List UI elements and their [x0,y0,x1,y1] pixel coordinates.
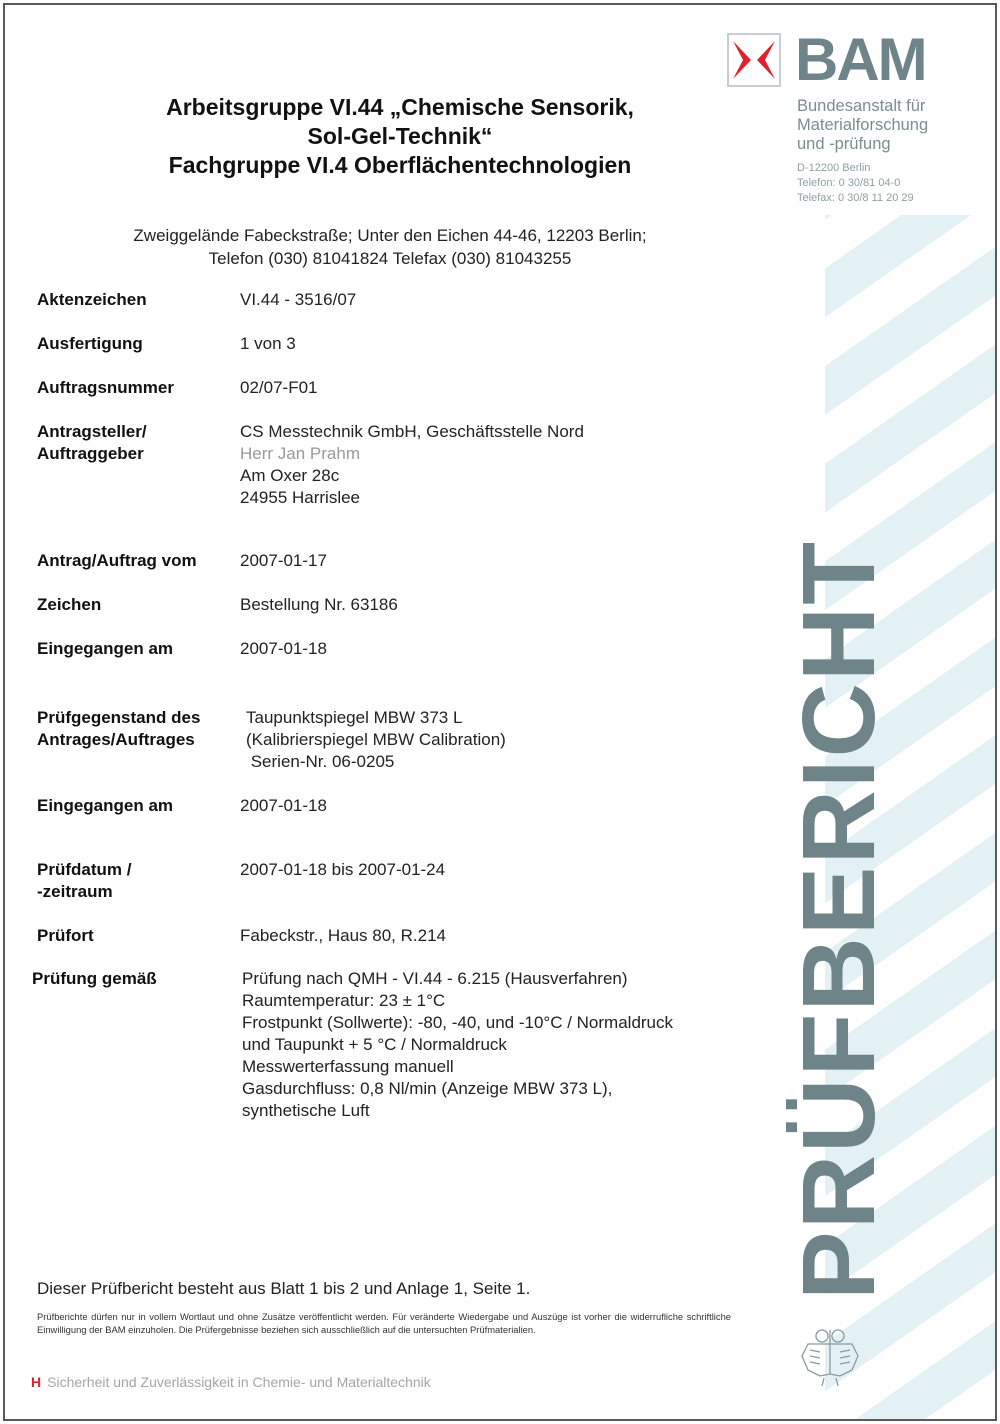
field-value-line: 2007-01-18 bis 2007-01-24 [240,859,445,881]
heading-line: Sol-Gel-Technik“ [80,122,720,151]
field-value-line: 1 von 3 [240,333,296,355]
field-label-line: -zeitraum [37,881,237,903]
field-label: Prüfdatum /-zeitraum [37,859,237,903]
field-value-line: Prüfung nach QMH - VI.44 - 6.215 (Hausve… [242,968,673,990]
field-value: 2007-01-18 [240,795,327,817]
field-value-line: CS Messtechnik GmbH, Geschäftsstelle Nor… [240,421,584,443]
field-label-line: Aktenzeichen [37,289,237,311]
field-value-line: Raumtemperatur: 23 ± 1°C [242,990,673,1012]
field-value-line: Messwerterfassung manuell [242,1056,673,1078]
document-heading: Arbeitsgruppe VI.44 „Chemische Sensorik,… [80,93,720,180]
field-value-line: 2007-01-18 [240,795,327,817]
footer-tagline: HSicherheit und Zuverlässigkeit in Chemi… [31,1374,431,1390]
field-value: 2007-01-18 [240,638,327,660]
bam-mark-icon: H [31,1374,41,1390]
field-label-line: Prüfdatum / [37,859,237,881]
field-value-line: 02/07-F01 [240,377,318,399]
field-label-line: Auftraggeber [37,443,237,465]
field-value-line: Taupunktspiegel MBW 373 L [246,707,506,729]
heading-line: Arbeitsgruppe VI.44 „Chemische Sensorik, [80,93,720,122]
field-value: Bestellung Nr. 63186 [240,594,398,616]
field-value-line: und Taupunkt + 5 °C / Normaldruck [242,1034,673,1056]
field-label-line: Antrag/Auftrag vom [37,550,237,572]
footer-text: Sicherheit und Zuverlässigkeit in Chemie… [47,1374,431,1390]
field-value: Fabeckstr., Haus 80, R.214 [240,925,446,947]
address-line: Telefon (030) 81041824 Telefax (030) 810… [60,247,720,270]
field-value-line: VI.44 - 3516/07 [240,289,356,311]
field-label: Eingegangen am [37,638,237,660]
field-value-line: Herr Jan Prahm [240,443,584,465]
field-value-line: Gasdurchfluss: 0,8 Nl/min (Anzeige MBW 3… [242,1078,673,1100]
field-label-line: Prüfort [37,925,237,947]
field-label: Eingegangen am [37,795,237,817]
address-line: Zweiggelände Fabeckstraße; Unter den Eic… [60,224,720,247]
field-label: Antragsteller/Auftraggeber [37,421,237,465]
field-label-line: Prüfung gemäß [32,968,232,990]
institute-line: und -prüfung [797,135,928,154]
field-value-line: synthetische Luft [242,1100,673,1122]
bam-cross-icon [727,33,781,87]
federal-eagle-icon [796,1322,864,1388]
contact-line: Telefon: 0 30/81 04-0 [797,176,914,191]
field-value-line: 2007-01-18 [240,638,327,660]
field-value: CS Messtechnik GmbH, Geschäftsstelle Nor… [240,421,584,509]
field-label: Auftragsnummer [37,377,237,399]
field-label: Aktenzeichen [37,289,237,311]
field-value-line: Fabeckstr., Haus 80, R.214 [240,925,446,947]
field-label: Zeichen [37,594,237,616]
field-value: 02/07-F01 [240,377,318,399]
field-label-line: Eingegangen am [37,795,237,817]
field-value: 2007-01-18 bis 2007-01-24 [240,859,445,881]
field-label: Ausfertigung [37,333,237,355]
field-label-line: Ausfertigung [37,333,237,355]
heading-line: Fachgruppe VI.4 Oberflächentechnologien [80,151,720,180]
report-summary: Dieser Prüfbericht besteht aus Blatt 1 b… [37,1279,530,1299]
field-value: 1 von 3 [240,333,296,355]
field-label: Prüfort [37,925,237,947]
institute-contact: D-12200 Berlin Telefon: 0 30/81 04-0 Tel… [797,161,914,206]
field-value: 2007-01-17 [240,550,327,572]
field-label-line: Zeichen [37,594,237,616]
side-title: PRÜFBERICHT [789,540,889,1300]
field-value: Prüfung nach QMH - VI.44 - 6.215 (Hausve… [242,968,673,1122]
field-value-line: 2007-01-17 [240,550,327,572]
address-block: Zweiggelände Fabeckstraße; Unter den Eic… [60,224,720,270]
field-value-line: Bestellung Nr. 63186 [240,594,398,616]
field-label-line: Prüfgegenstand des [37,707,237,729]
field-label: Prüfung gemäß [32,968,232,990]
contact-line: Telefax: 0 30/8 11 20 29 [797,191,914,206]
institute-name: Bundesanstalt für Materialforschung und … [797,97,928,154]
field-value-line: Frostpunkt (Sollwerte): -80, -40, und -1… [242,1012,673,1034]
field-label-line: Antrages/Auftrages [37,729,237,751]
field-label: Antrag/Auftrag vom [37,550,237,572]
contact-line: D-12200 Berlin [797,161,914,176]
institute-line: Bundesanstalt für [797,97,928,116]
field-value: VI.44 - 3516/07 [240,289,356,311]
field-value-line: 24955 Harrislee [240,487,584,509]
legal-notice: Prüfberichte dürfen nur in vollem Wortla… [37,1311,731,1336]
field-value: Taupunktspiegel MBW 373 L(Kalibrierspieg… [246,707,506,773]
field-value-line: Serien-Nr. 06-0205 [246,751,506,773]
field-value-line: (Kalibrierspiegel MBW Calibration) [246,729,506,751]
field-value-line: Am Oxer 28c [240,465,584,487]
field-label: Prüfgegenstand desAntrages/Auftrages [37,707,237,751]
field-label-line: Eingegangen am [37,638,237,660]
field-label-line: Antragsteller/ [37,421,237,443]
bam-wordmark: BAM [795,27,926,93]
field-label-line: Auftragsnummer [37,377,237,399]
institute-line: Materialforschung [797,116,928,135]
